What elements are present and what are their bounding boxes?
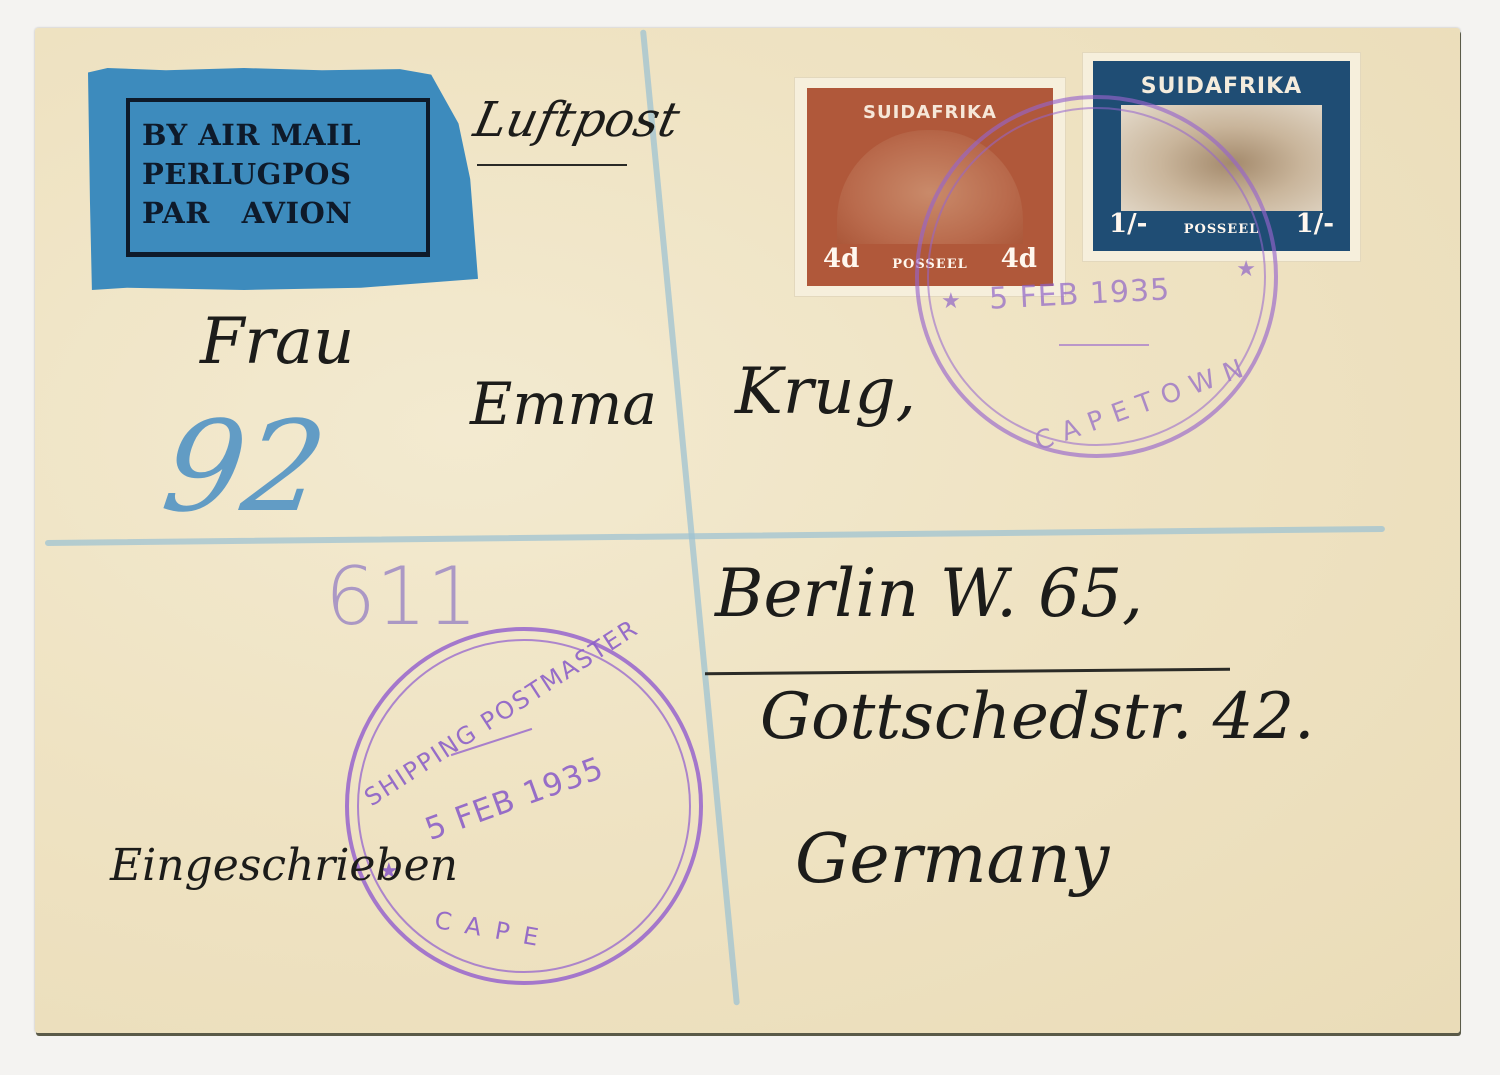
postmark-capetown-top: ★ 5 FEB 1935 ★ CAPETOWN [915, 95, 1278, 458]
star-icon: ★ [941, 289, 961, 314]
address-salutation: Frau [200, 305, 354, 379]
luftpost-underline [477, 164, 627, 166]
address-street: Gottschedstr. 42. [760, 680, 1314, 754]
airmail-label: BY AIR MAIL PERLUGPOS PAR AVION [88, 68, 478, 290]
star-icon: ★ [1236, 257, 1256, 282]
violet-pencil-number: 611 [325, 550, 478, 643]
address-last-name: Krug, [735, 355, 916, 429]
airmail-label-line-3: PAR AVION [142, 196, 414, 230]
airmail-label-frame: BY AIR MAIL PERLUGPOS PAR AVION [126, 98, 430, 257]
registration-note: Eingeschrieben [110, 840, 458, 891]
blue-crayon-number: 92 [155, 395, 334, 540]
postmark-bar [1059, 344, 1149, 346]
address-city: Berlin W. 65, [715, 555, 1143, 632]
airmail-label-line-2: PERLUGPOS [142, 157, 414, 191]
airmail-label-line-1: BY AIR MAIL [142, 118, 414, 152]
stamp-1s-country: SUIDAFRIKA [1093, 74, 1350, 99]
address-country: Germany [795, 820, 1109, 899]
luftpost-note: Luftpost [469, 92, 684, 148]
address-first-name: Emma [470, 370, 657, 438]
postmark-shipping-postmaster: SHIPPING POSTMASTER 5 FEB 1935 ★ CAPE [345, 627, 703, 985]
stamp-1s-value-right: 1/- [1296, 209, 1334, 239]
